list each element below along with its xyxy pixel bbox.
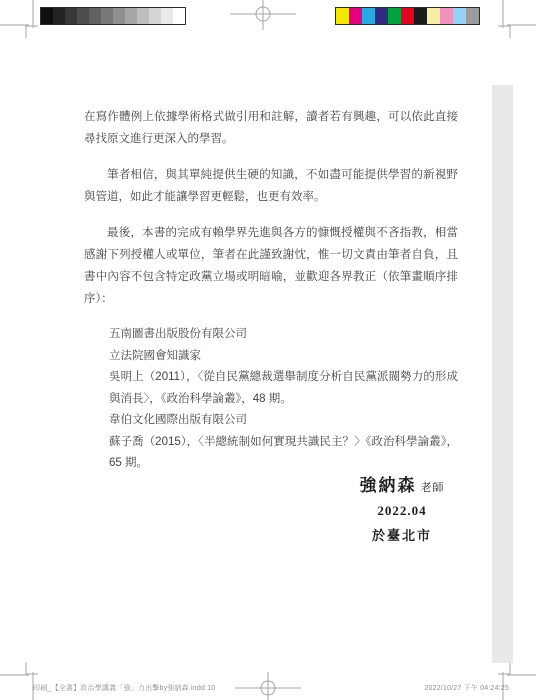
registration-mark-bottom	[233, 672, 303, 700]
crop-mark-bottom-left	[0, 660, 40, 700]
color-swatch	[89, 8, 101, 24]
color-swatch	[375, 8, 388, 24]
color-swatch	[101, 8, 113, 24]
color-swatch	[362, 8, 375, 24]
page-content: 在寫作體例上依據學術格式做引用和註解，讀者若有興趣，可以依此直接尋找原文進行更深…	[84, 106, 458, 475]
crop-mark-top-right	[496, 0, 536, 40]
signature-date: 2022.04	[332, 503, 472, 519]
color-swatch	[453, 8, 466, 24]
footer-filename: 印刷_【全書】政治學講義「強」力出擊by強納森.indd 10	[33, 683, 215, 693]
color-swatch	[466, 8, 479, 24]
body-paragraph: 在寫作體例上依據學術格式做引用和註解，讀者若有興趣，可以依此直接尋找原文進行更深…	[84, 106, 458, 150]
color-swatch	[427, 8, 440, 24]
color-swatch	[113, 8, 125, 24]
body-paragraphs: 在寫作體例上依據學術格式做引用和註解，讀者若有興趣，可以依此直接尋找原文進行更深…	[84, 106, 458, 310]
color-swatch	[137, 8, 149, 24]
color-swatch	[149, 8, 161, 24]
body-paragraph: 筆者相信，與其單純提供生硬的知識，不如盡可能提供學習的新視野與管道，如此才能讓學…	[84, 164, 458, 208]
color-swatch	[41, 8, 53, 24]
signature-name-line: 強納森老師	[332, 471, 472, 496]
color-swatch	[349, 8, 362, 24]
grayscale-calibration-bar	[40, 7, 186, 25]
color-swatch	[161, 8, 173, 24]
signature-block: 強納森老師 2022.04 於臺北市	[332, 471, 472, 544]
crop-mark-bottom-right	[496, 660, 536, 700]
color-swatch	[414, 8, 427, 24]
acknowledgement-item: 立法院國會知識家	[109, 346, 458, 368]
color-swatch	[173, 8, 185, 24]
acknowledgement-item: 韋伯文化國際出版有限公司	[109, 410, 458, 432]
printed-page-proof: 在寫作體例上依據學術格式做引用和註解，讀者若有興趣，可以依此直接尋找原文進行更深…	[0, 0, 536, 700]
color-swatch	[440, 8, 453, 24]
acknowledgement-list: 五南圖書出版股份有限公司立法院國會知識家吳明上（2011），〈從自民黨總裁選舉制…	[84, 324, 458, 475]
registration-mark-top	[228, 0, 298, 32]
body-paragraph: 最後，本書的完成有賴學界先進與各方的慷慨授權與不吝指教，相當感謝下列授權人或單位…	[84, 222, 458, 310]
signature-place: 於臺北市	[332, 525, 472, 544]
author-name: 強納森	[360, 476, 417, 495]
acknowledgement-item: 蘇子喬（2015），〈半總統制如何實現共識民主？〉《政治科學論叢》，65 期。	[109, 432, 458, 475]
color-swatch	[388, 8, 401, 24]
acknowledgement-item: 五南圖書出版股份有限公司	[109, 324, 458, 346]
color-swatch	[53, 8, 65, 24]
author-title: 老師	[421, 482, 445, 494]
page-edge-shadow	[492, 85, 513, 663]
acknowledgement-item: 吳明上（2011），〈從自民黨總裁選舉制度分析自民黨派閥勢力的形成與消長〉，《政…	[109, 367, 458, 410]
footer-timestamp: 2022/10/27 下午 04:24:25	[424, 683, 509, 693]
crop-mark-top-left	[0, 0, 40, 40]
color-swatch	[336, 8, 349, 24]
color-swatch	[401, 8, 414, 24]
color-calibration-bar	[335, 7, 480, 25]
color-swatch	[77, 8, 89, 24]
color-swatch	[65, 8, 77, 24]
color-swatch	[125, 8, 137, 24]
